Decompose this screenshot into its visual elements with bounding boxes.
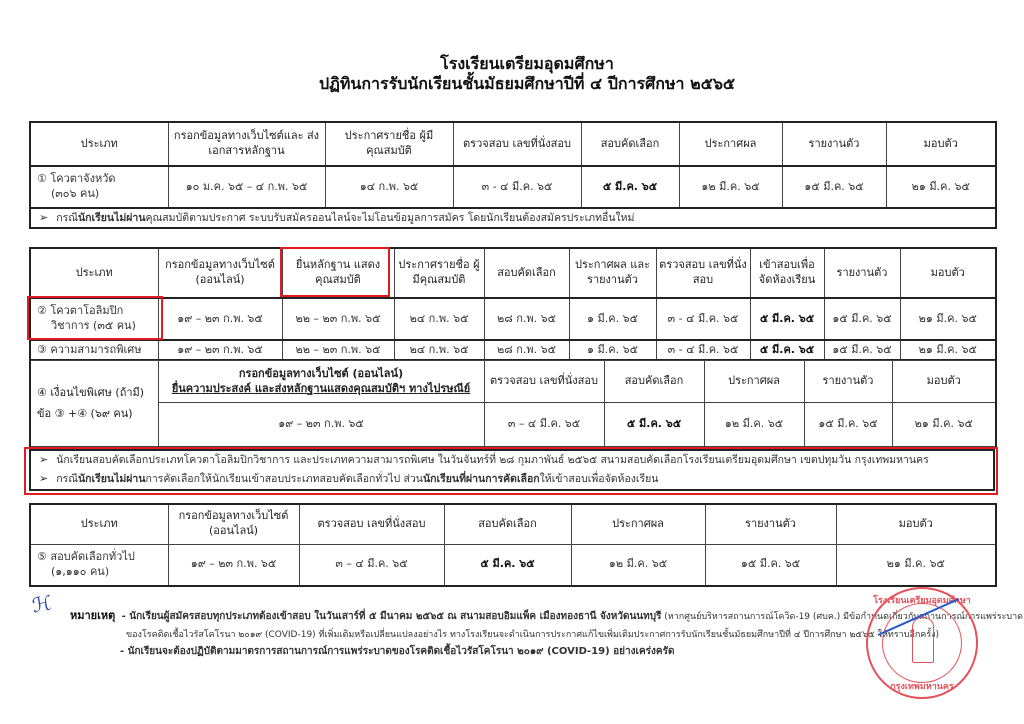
date-cell: ๑๒ มี.ค. ๖๕ (704, 403, 804, 447)
date-cell: ๓ - ๔ มี.ค. ๖๕ (453, 166, 581, 208)
exam-date-cell: ๕ มี.ค. ๖๕ (444, 544, 571, 586)
date-cell: ๒๘ ก.พ. ๖๕ (484, 298, 569, 340)
table-special-quota: ประเภท กรอกข้อมูลทางเว็บไซต์ (ออนไลน์) ย… (29, 247, 997, 361)
table-provincial-quota: ประเภท กรอกข้อมูลทางเว็บไซต์และ ส่งเอกสา… (29, 121, 997, 229)
header-check-seat: ตรวจสอบ เลขที่นั่งสอบ (299, 504, 444, 544)
pen-signature-mark: ℋ (30, 590, 54, 617)
date-cell: ๓ – ๔ มี.ค. ๖๕ (484, 403, 604, 447)
header-exam: สอบคัดเลือก (444, 504, 571, 544)
header-submit-evidence: ยื่นหลักฐาน แสดงคุณสมบัติ (282, 248, 394, 298)
type-cell: ④ เงื่อนไขพิเศษ (ถ้ามี) ข้อ ③ +④ (๖๙ คน) (30, 361, 158, 447)
header-register-online: กรอกข้อมูลทางเว็บไซต์ (ออนไลน์) (168, 504, 299, 544)
header-check-seat: ตรวจสอบ เลขที่นั่งสอบ (453, 122, 581, 166)
arrow-icon: ➢ (39, 211, 48, 224)
type-label: ① โควตาจังหวัด (37, 172, 166, 187)
date-cell: ๒๔ ก.พ. ๖๕ (394, 340, 484, 360)
date-cell: ๒๔ ก.พ. ๖๕ (394, 298, 484, 340)
date-cell: ๓ - ๔ มี.ค. ๖๕ (656, 298, 750, 340)
table-row: ⑤ สอบคัดเลือกทั่วไป (๑,๑๑๐ คน) ๑๙ – ๒๓ ก… (30, 544, 996, 586)
type-label: ⑤ สอบคัดเลือกทั่วไป (37, 550, 166, 565)
placement-date-cell: ๕ มี.ค. ๖๕ (750, 298, 824, 340)
date-cell: ๓ - ๔ มี.ค. ๖๕ (656, 340, 750, 360)
arrow-icon: ➢ (39, 453, 48, 466)
header-check-seat: ตรวจสอบ เลขที่นั่งสอบ (484, 361, 604, 403)
type-count: (๓๐๖ คน) (37, 187, 166, 202)
date-cell: ๑๔ ก.พ. ๖๕ (325, 166, 453, 208)
date-cell: ๑๕ มี.ค. ๖๕ (804, 403, 892, 447)
header-register-online: กรอกข้อมูลทางเว็บไซต์ (ออนไลน์) (158, 248, 282, 298)
type-label: ③ ความสามารถพิเศษ (30, 340, 158, 360)
seal-bottom-text: กรุงเทพมหานคร (868, 679, 976, 693)
date-cell: ๒๑ มี.ค. ๖๕ (900, 298, 996, 340)
special-notes: ➢นักเรียนสอบคัดเลือกประเภทโควตาโอลิมปิกว… (29, 449, 995, 491)
header-results: ประกาศผล (571, 504, 705, 544)
type-cell: ① โควตาจังหวัด (๓๐๖ คน) (30, 166, 168, 208)
date-cell: ๒๑ มี.ค. ๖๕ (886, 166, 996, 208)
header-enroll: มอบตัว (886, 122, 996, 166)
date-cell: ๓ – ๔ มี.ค. ๖๕ (299, 544, 444, 586)
header-type: ประเภท (30, 504, 168, 544)
type-label-cont: วิชาการ (๓๕ คน) (37, 319, 156, 334)
date-cell: ๑๐ ม.ค. ๖๕ – ๔ ก.พ. ๖๕ (168, 166, 325, 208)
date-cell: ๑๒ มี.ค. ๖๕ (571, 544, 705, 586)
header-enroll: มอบตัว (900, 248, 996, 298)
header-report: รายงานตัว (782, 122, 886, 166)
table-row: ① โควตาจังหวัด (๓๐๖ คน) ๑๐ ม.ค. ๖๕ – ๔ ก… (30, 166, 996, 208)
header-report: รายงานตัว (824, 248, 900, 298)
header-type: ประเภท (30, 248, 158, 298)
date-cell: ๑๒ มี.ค. ๖๕ (679, 166, 782, 208)
header-report: รายงานตัว (705, 504, 836, 544)
header-type: ประเภท (30, 122, 168, 166)
date-cell: ๒๒ – ๒๓ ก.พ. ๖๕ (282, 340, 394, 360)
type-label-cont: ข้อ ③ +④ (๖๙ คน) (37, 407, 156, 422)
table-special-condition: ④ เงื่อนไขพิเศษ (ถ้ามี) ข้อ ③ +④ (๖๙ คน)… (29, 360, 997, 447)
header-placement-exam: เข้าสอบเพื่อ จัดห้องเรียน (750, 248, 824, 298)
header-exam: สอบคัดเลือก (484, 248, 569, 298)
date-cell: ๑๕ มี.ค. ๖๕ (782, 166, 886, 208)
header-results: ประกาศผล (679, 122, 782, 166)
note-line: ➢นักเรียนสอบคัดเลือกประเภทโควตาโอลิมปิกว… (30, 450, 994, 470)
header-register: กรอกข้อมูลทางเว็บไซต์และ ส่งเอกสารหลักฐา… (168, 122, 325, 166)
header-register-mail: กรอกข้อมูลทางเว็บไซต์ (ออนไลน์) ยื่นความ… (158, 361, 484, 403)
type-label: ② โควตาโอลิมปิก (37, 304, 156, 319)
date-cell: ๑๙ – ๒๓ ก.พ. ๖๕ (158, 403, 484, 447)
table1-note: ➢กรณีนักเรียนไม่ผ่านคุณสมบัติตามประกาศ ร… (30, 208, 996, 228)
remarks-label: หมายเหตุ (70, 609, 115, 622)
header-exam: สอบคัดเลือก (581, 122, 679, 166)
seal-emblem-icon (912, 617, 934, 663)
exam-date-cell: ๕ มี.ค. ๖๕ (604, 403, 704, 447)
note-line: ➢กรณีนักเรียนไม่ผ่านการคัดเลือกให้นักเรี… (30, 470, 994, 490)
date-cell: ๒๑ มี.ค. ๖๕ (900, 340, 996, 360)
header-report: รายงานตัว (804, 361, 892, 403)
date-cell: ๒๘ ก.พ. ๖๕ (484, 340, 569, 360)
table-row: ③ ความสามารถพิเศษ ๑๙ – ๒๓ ก.พ. ๖๕ ๒๒ – ๒… (30, 340, 996, 360)
date-cell: ๑๕ มี.ค. ๖๕ (705, 544, 836, 586)
type-cell: ⑤ สอบคัดเลือกทั่วไป (๑,๑๑๐ คน) (30, 544, 168, 586)
date-cell: ๒๑ มี.ค. ๖๕ (836, 544, 996, 586)
date-cell: ๑ มี.ค. ๖๕ (569, 340, 656, 360)
header-results-report: ประกาศผล และรายงานตัว (569, 248, 656, 298)
date-cell: ๑๙ – ๒๓ ก.พ. ๖๕ (168, 544, 299, 586)
date-cell: ๒๑ มี.ค. ๖๕ (892, 403, 996, 447)
type-label: ④ เงื่อนไขพิเศษ (ถ้ามี) (37, 386, 156, 401)
table-row: ② โควตาโอลิมปิก วิชาการ (๓๕ คน) ๑๙ – ๒๓ … (30, 298, 996, 340)
type-cell: ② โควตาโอลิมปิก วิชาการ (๓๕ คน) (30, 298, 158, 340)
header-enroll: มอบตัว (892, 361, 996, 403)
date-cell: ๒๒ – ๒๓ ก.พ. ๖๕ (282, 298, 394, 340)
date-cell: ๑๙ – ๒๓ ก.พ. ๖๕ (158, 340, 282, 360)
calendar-subtitle: ปฏิทินการรับนักเรียนชั้นมัธยมศึกษาปีที่ … (0, 72, 1024, 97)
table-general-exam: ประเภท กรอกข้อมูลทางเว็บไซต์ (ออนไลน์) ต… (29, 503, 997, 587)
type-count: (๑,๑๑๐ คน) (37, 565, 166, 580)
exam-date-cell: ๕ มี.ค. ๖๕ (581, 166, 679, 208)
placement-date-cell: ๕ มี.ค. ๖๕ (750, 340, 824, 360)
arrow-icon: ➢ (39, 472, 48, 485)
header-results: ประกาศผล (704, 361, 804, 403)
date-cell: ๑๕ มี.ค. ๖๕ (824, 298, 900, 340)
header-exam: สอบคัดเลือก (604, 361, 704, 403)
header-check-seat: ตรวจสอบ เลขที่นั่งสอบ (656, 248, 750, 298)
header-announce-eligible: ประกาศรายชื่อ ผู้มีคุณสมบัติ (394, 248, 484, 298)
header-enroll: มอบตัว (836, 504, 996, 544)
school-seal-stamp: โรงเรียนเตรียมอุดมศึกษา กรุงเทพมหานคร (866, 587, 978, 699)
date-cell: ๑๙ – ๒๓ ก.พ. ๖๕ (158, 298, 282, 340)
table-row: ๑๙ – ๒๓ ก.พ. ๖๕ ๓ – ๔ มี.ค. ๖๕ ๕ มี.ค. ๖… (30, 403, 996, 447)
header-announce-eligible: ประกาศรายชื่อ ผู้มีคุณสมบัติ (325, 122, 453, 166)
date-cell: ๑๕ มี.ค. ๖๕ (824, 340, 900, 360)
date-cell: ๑ มี.ค. ๖๕ (569, 298, 656, 340)
